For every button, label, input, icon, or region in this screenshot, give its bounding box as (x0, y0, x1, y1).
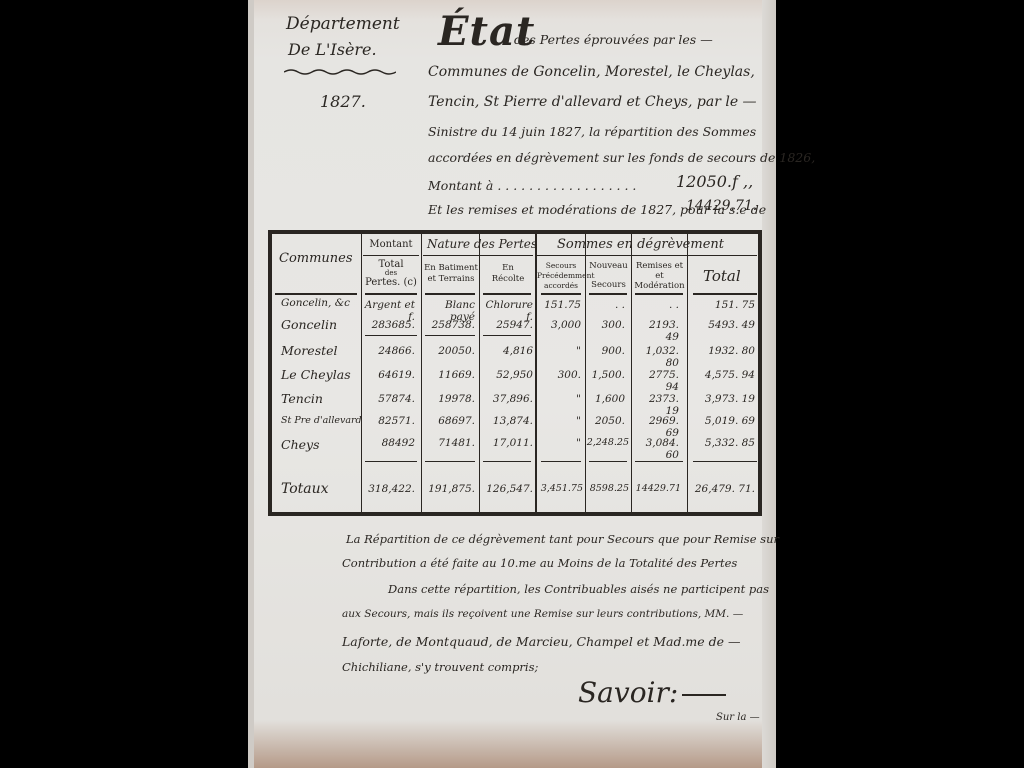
document-page: Département De L'Isère. 1827. État des P… (248, 0, 776, 768)
amount-value: 12050.f ,, (676, 172, 753, 191)
losses-table: Communes Montant Total des Pertes. (c) N… (268, 230, 762, 516)
header-rule (483, 293, 531, 295)
header-total-pertes: Total des Pertes. (c) (363, 259, 419, 288)
paragraph-line-2: Contribution a été faite au 10.me au Moi… (342, 556, 737, 570)
header-rule (425, 293, 475, 295)
year-label: 1827. (320, 92, 366, 111)
header-rule (541, 293, 581, 295)
row-rule (365, 335, 417, 336)
col-divider (421, 233, 422, 513)
total-rule (365, 461, 417, 462)
paragraph-line-4: aux Secours, mais ils reçoivent une Remi… (342, 608, 743, 620)
header-sommes-degrevement: Sommes en dégrèvement (557, 237, 724, 252)
header-batiments: En Batiment et Terrains (423, 263, 479, 285)
col-divider (479, 233, 480, 513)
row-rule (483, 335, 531, 336)
title-line-2: Communes de Goncelin, Morestel, le Cheyl… (428, 64, 755, 80)
header-communes: Communes (279, 251, 353, 266)
header-montant: Montant (363, 239, 419, 251)
total-rule (693, 461, 757, 462)
nature-span-rule (423, 255, 533, 256)
header-rule (589, 293, 627, 295)
montant-span-rule (363, 255, 419, 256)
total-rule (589, 461, 627, 462)
total-rule (483, 461, 531, 462)
closing-savoir: Savoir: (578, 676, 678, 709)
header-rule (693, 293, 757, 295)
decorative-wave-divider (284, 68, 396, 76)
col-divider (687, 233, 688, 513)
header-remises: Remises et et Modération (632, 261, 687, 291)
title-line-3: Tencin, St Pierre d'allevard et Cheys, p… (428, 94, 757, 110)
department-label: Département (286, 14, 400, 34)
col-divider (361, 233, 362, 513)
header-nouveau-secours: Nouveau Secours (586, 261, 631, 291)
total-rule (425, 461, 475, 462)
paragraph-line-3: Dans cette répartition, les Contribuable… (388, 582, 769, 596)
closing-dash (682, 694, 726, 696)
header-total: Total (703, 267, 741, 285)
header-rule (365, 293, 417, 295)
title-line-4: Sinistre du 14 juin 1827, la répartition… (428, 124, 756, 139)
page-edge-right (762, 0, 776, 768)
header-nature-pertes: Nature des Pertes (427, 237, 537, 251)
page-edge-left (248, 0, 254, 768)
sommes-span-rule (537, 255, 757, 256)
catchword: Sur la — (716, 712, 760, 723)
header-rule (635, 293, 683, 295)
title-line-5: accordées en dégrèvement sur les fonds d… (428, 150, 815, 165)
row-rule (425, 335, 475, 336)
title-line-1: des Pertes éprouvées par les — (514, 32, 713, 47)
header-rule (275, 293, 357, 295)
remises-value: 14429.71. (686, 198, 757, 214)
total-rule (635, 461, 683, 462)
total-rule (541, 461, 581, 462)
header-recolte: En Récolte (481, 263, 535, 285)
header-secours-precedent: Secours Précédemment accordés (537, 261, 585, 291)
amount-label: Montant à . . . . . . . . . . . . . . . … (428, 178, 636, 193)
department-name: De L'Isère. (288, 40, 377, 59)
paragraph-line-1: La Répartition de ce dégrèvement tant po… (346, 532, 779, 546)
paragraph-line-6: Chichiliane, s'y trouvent compris; (342, 660, 538, 674)
paragraph-line-5: Laforte, de Montquaud, de Marcieu, Champ… (342, 634, 741, 649)
